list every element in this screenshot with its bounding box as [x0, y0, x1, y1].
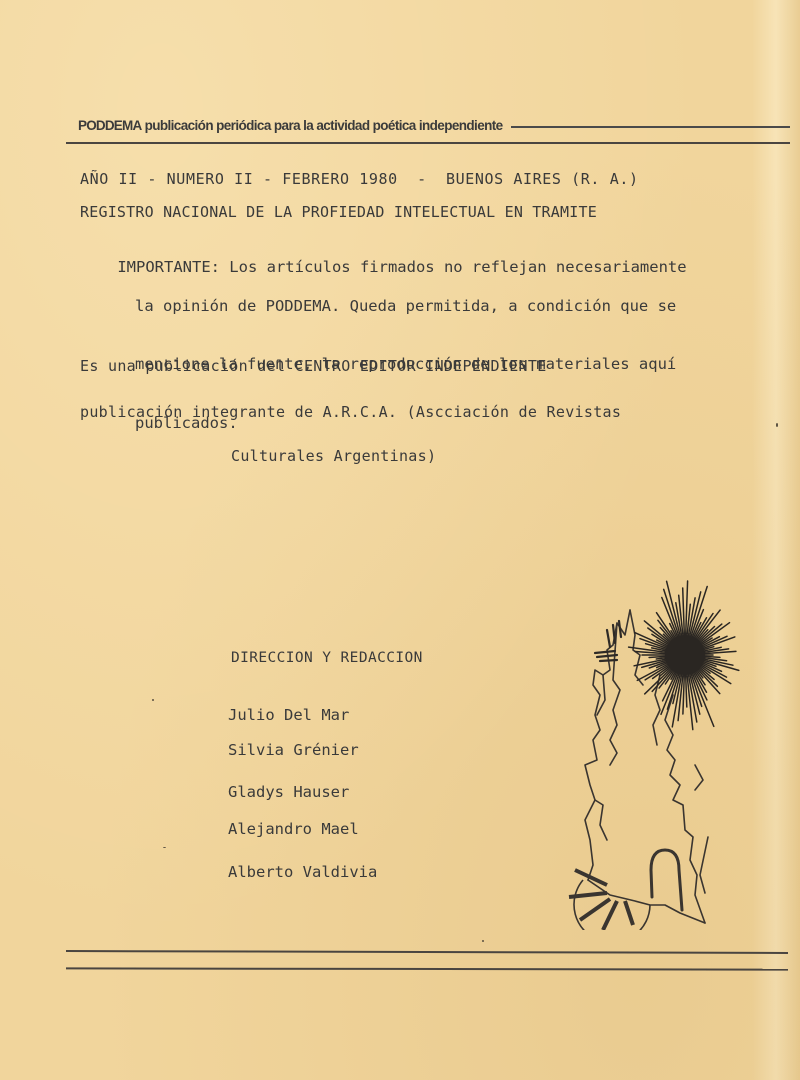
staff-member: Alberto Valdivia	[228, 863, 377, 881]
membership-line-2: Culturales Argentinas)	[231, 447, 436, 465]
staff-member: Silvia Grénier	[228, 741, 359, 759]
staff-member: Gladys Hauser	[228, 783, 349, 801]
ink-speck	[163, 847, 166, 848]
publisher-line: Es una publicación del CENTRO EDITOR IND…	[80, 357, 547, 375]
membership-line-1: publicación integrante de A.R.C.A. (Ascc…	[80, 403, 621, 421]
ink-speck	[482, 940, 484, 942]
masthead-brand: PODDEMA	[78, 118, 141, 133]
footer-divider-1	[66, 950, 788, 954]
registry-notice: REGISTRO NACIONAL DE LA PROFIEDAD INTELE…	[80, 203, 597, 221]
notice-line: la opinión de PODDEMA. Queda permitida, …	[80, 297, 687, 317]
masthead-rule	[511, 126, 790, 128]
staff-heading: DIRECCION Y REDACCION	[231, 650, 423, 666]
masthead-tagline: publicación periódica para la actividad …	[145, 118, 503, 133]
important-notice: IMPORTANTE: Los artículos firmados no re…	[80, 238, 687, 472]
staff-member: Alejandro Mael	[228, 820, 359, 838]
ink-speck	[776, 423, 778, 427]
header-divider	[66, 142, 790, 144]
document-page: PODDEMA publicación periódica para la ac…	[0, 0, 800, 1080]
masthead-title: PODDEMA publicación periódica para la ac…	[78, 118, 503, 133]
issue-info: AÑO II - NUMERO II - FEBRERO 1980 - BUEN…	[80, 170, 639, 188]
notice-line: IMPORTANTE: Los artículos firmados no re…	[117, 258, 686, 276]
ink-speck	[152, 699, 154, 701]
footer-divider-2	[66, 967, 788, 970]
masthead: PODDEMA publicación periódica para la ac…	[78, 118, 790, 133]
candle-flame-sun-drawing-icon	[555, 575, 765, 930]
staff-member: Julio Del Mar	[228, 706, 349, 724]
